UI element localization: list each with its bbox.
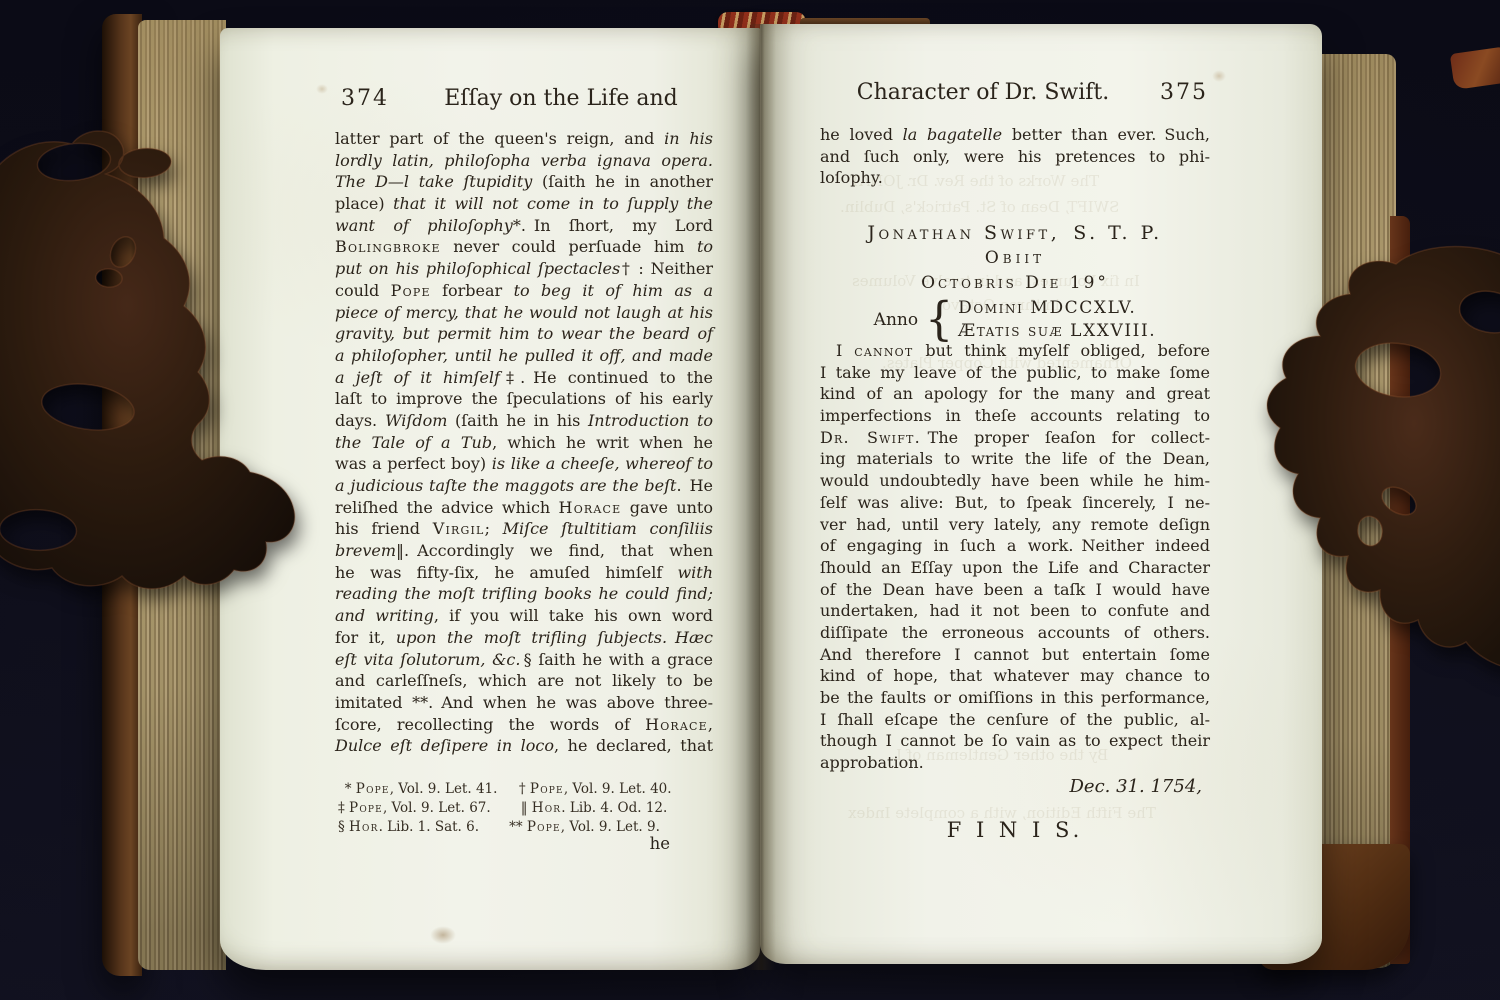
text-line: loſophy.	[820, 167, 1210, 189]
finis-colophon: F I N I S.	[820, 818, 1210, 842]
anno-domini-line: Domini MDCCXLV.	[958, 297, 1156, 320]
text-line: the Tale of a Tub, which he writ when he	[335, 432, 713, 454]
text-line: imitated **. And when he was above three…	[335, 692, 713, 714]
text-line: kind of hope, that whatever may chance t…	[820, 665, 1210, 687]
text-line: approbation.	[820, 752, 1210, 774]
text-line: be the faults or omiſſions in this perfo…	[820, 687, 1210, 709]
text-line: a jeſt of it himſelf‡. He continued to t…	[335, 367, 713, 389]
text-line: imperfections in theſe accounts relating…	[820, 405, 1210, 427]
text-line: Bolingbroke never could perſuade him to	[335, 236, 713, 258]
text-line: piece of mercy, that he would not laugh …	[335, 302, 713, 324]
text-line: I cannot but think myſelf obliged, befor…	[820, 340, 1210, 362]
running-title-left: Eſſay on the Life and	[409, 86, 713, 111]
page-holder-clip-right	[1264, 244, 1500, 684]
text-line: want of philoſophy*. In ſhort, my Lord	[335, 215, 713, 237]
running-title-right: Character of Dr. Swift.	[820, 80, 1146, 105]
left-page-body-text: latter part of the queen's reign, and in…	[335, 128, 713, 757]
text-line: would undoubtedly have been while he him…	[820, 470, 1210, 492]
text-line: ‡ Pope, Vol. 9. Let. 67. ‖ Hor. Lib. 4. …	[338, 799, 712, 818]
epitaph-anno-row: Anno { Domini MDCCXLV. Ætatis suæ LXXVII…	[820, 297, 1210, 343]
text-line: ſcore, recollecting the words of Horace,	[335, 714, 713, 736]
page-number-375: 375	[1160, 80, 1208, 105]
text-line: Dr. Swift. The proper ſeaſon for collect…	[820, 427, 1210, 449]
page-stain	[430, 926, 456, 944]
text-line: he was fifty-ſix, he amuſed himſelf with	[335, 562, 713, 584]
text-line: and writing, if you will take his own wo…	[335, 605, 713, 627]
text-line: undertaken, had it not been to confute a…	[820, 600, 1210, 622]
text-line: * Pope, Vol. 9. Let. 41. † Pope, Vol. 9.…	[338, 780, 712, 799]
text-line: he loved la bagatelle better than ever. …	[820, 124, 1210, 146]
text-line: reliſhed the advice which Horace gave un…	[335, 497, 713, 519]
text-line: and carleſſneſs, which are not likely to…	[335, 670, 713, 692]
text-line: a judicious taſte the maggots are the be…	[335, 475, 713, 497]
text-line: laſt to improve the ſpeculations of his …	[335, 388, 713, 410]
text-line: ver had, until very lately, any remote d…	[820, 514, 1210, 536]
text-line: brevem‖. Accordingly we find, that when	[335, 540, 713, 562]
text-line: ſhould an Eſſay upon the Life and Charac…	[820, 557, 1210, 579]
text-line: ſelf was alive: But, to ſpeak ſincerely,…	[820, 492, 1210, 514]
text-line: and ſuch only, were his pretences to phi…	[820, 146, 1210, 168]
right-page-paragraph-2: I cannot but think myſelf obliged, befor…	[820, 340, 1210, 774]
page-number-374: 374	[341, 86, 389, 111]
open-book: 374 Eſſay on the Life and latter part of…	[100, 8, 1412, 988]
text-line: lordly latin, philoſopha verba ignava op…	[335, 150, 713, 172]
right-page-paragraph-1: he loved la bagatelle better than ever. …	[820, 124, 1210, 189]
text-line: was a perfect boy) is like a cheeſe, whe…	[335, 453, 713, 475]
left-running-header: 374 Eſſay on the Life and	[335, 86, 713, 116]
text-line: Dulce eſt deſipere in loco, he declared,…	[335, 735, 713, 757]
text-line: eſt vita ſolutorum, &c. § ſaith he with …	[335, 649, 713, 671]
page-holder-clip-left	[0, 106, 294, 592]
right-running-header: Character of Dr. Swift. 375	[820, 80, 1210, 110]
epitaph-date: Octobris Die 19°	[820, 271, 1210, 296]
text-line: The D—l take ſtupidity (ſaith he in anot…	[335, 171, 713, 193]
page-stain	[316, 84, 328, 94]
left-page: 374 Eſſay on the Life and latter part of…	[220, 28, 760, 970]
text-line: I take my leave of the public, to make ſ…	[820, 362, 1210, 384]
text-line: days. Wiſdom (ſaith he in his Introducti…	[335, 410, 713, 432]
dateline: Dec. 31. 1754,	[820, 776, 1202, 797]
text-line: diſſipate the erroneous accounts of othe…	[820, 622, 1210, 644]
text-line: ing materials to write the life of the D…	[820, 448, 1210, 470]
brace-glyph: {	[925, 297, 953, 343]
epitaph-name: Jonathan Swift, S. T. P.	[820, 220, 1210, 246]
text-line: his friend Virgil; Miſce ſtultitiam conſ…	[335, 518, 713, 540]
text-line: though I cannot be ſo vain as to expect …	[820, 730, 1210, 752]
text-line: for it, upon the moſt trifling ſubjects.…	[335, 627, 713, 649]
text-line: kind of an apology for the many and grea…	[820, 383, 1210, 405]
text-line: place) that it will not come in to ſuppl…	[335, 193, 713, 215]
text-line: gravity, but permit him to wear the bear…	[335, 323, 713, 345]
right-page: The Works of the Rev. Dr. JONATSWIFT, De…	[760, 24, 1322, 964]
text-line: latter part of the queen's reign, and in…	[335, 128, 713, 150]
showthrough-text: SWIFT, Dean of St. Patrick's, Dublin.	[840, 198, 1119, 216]
text-line: reading the moſt trifling books he could…	[335, 583, 713, 605]
swift-epitaph-block: Jonathan Swift, S. T. P. Obiit Octobris …	[820, 220, 1210, 343]
anno-lines: Domini MDCCXLV. Ætatis suæ LXXVIII.	[958, 297, 1156, 343]
text-line: a philoſopher, until he pulled it off, a…	[335, 345, 713, 367]
text-line: And therefore I cannot but entertain ſom…	[820, 644, 1210, 666]
page-stain	[1212, 70, 1226, 82]
epitaph-obiit: Obiit	[820, 246, 1210, 271]
text-line: of the Dean have been a taſk I would hav…	[820, 579, 1210, 601]
text-line: put on his philoſophical ſpectacles† : N…	[335, 258, 713, 280]
text-line: I ſhall eſcape the cenſure of the public…	[820, 709, 1210, 731]
text-line: of engaging in ſuch a work. Neither inde…	[820, 535, 1210, 557]
left-page-footnotes: * Pope, Vol. 9. Let. 41. † Pope, Vol. 9.…	[338, 780, 712, 837]
catchword: he	[520, 834, 670, 853]
anno-label: Anno	[874, 310, 918, 330]
top-right-cover-fragment	[1450, 46, 1500, 90]
text-line: could Pope forbear to beg it of him as a	[335, 280, 713, 302]
